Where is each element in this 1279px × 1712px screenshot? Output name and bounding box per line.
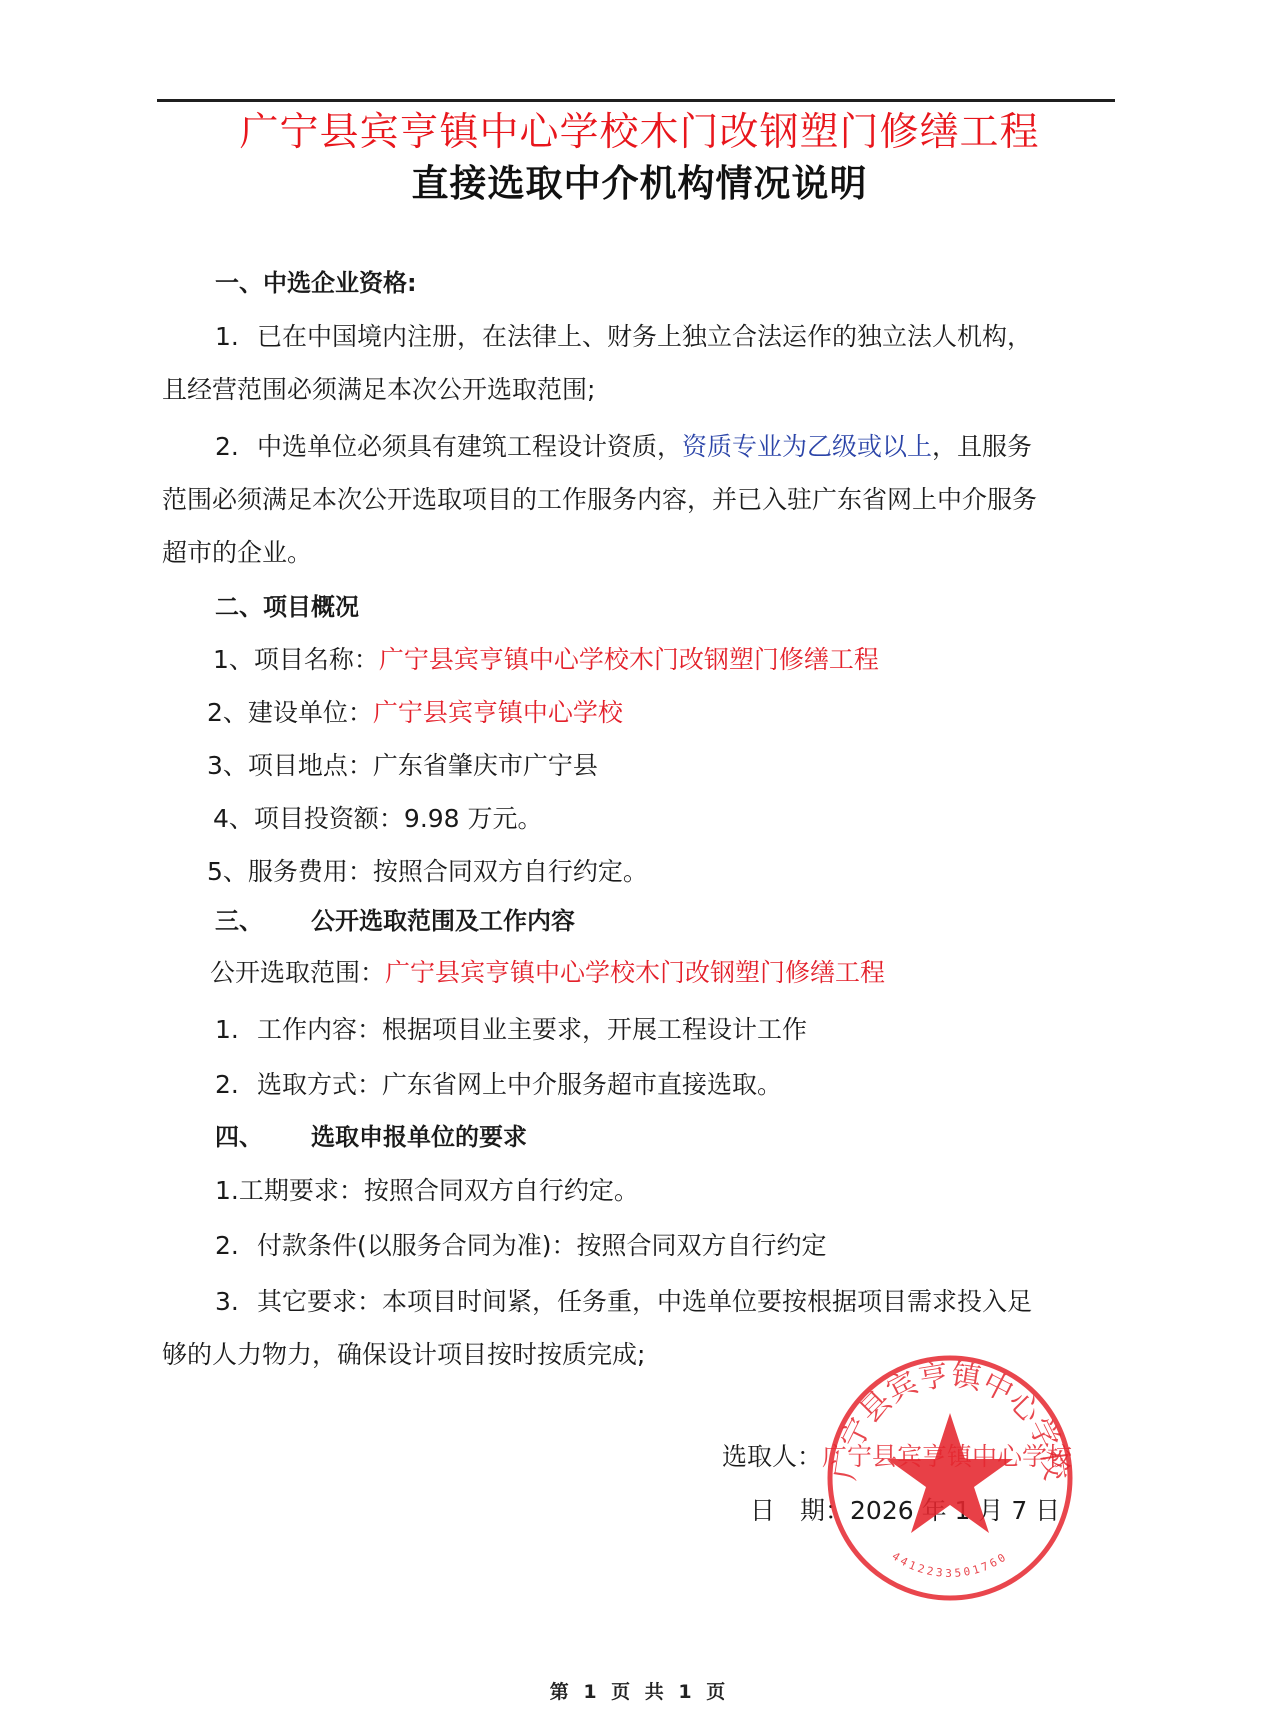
field-value: 广宁县宾亨镇中心学校 — [373, 698, 623, 727]
other-requirements-cont: 够的人力物力，确保设计项目按时按质完成; — [162, 1338, 645, 1372]
schedule-requirement-row: 1.工期要求：按照合同双方自行约定。 — [215, 1174, 639, 1208]
heading-text: 选取申报单位的要求 — [311, 1123, 527, 1151]
seal-code-text: 4412233501760 — [890, 1550, 1011, 1580]
field-label: 4、项目投资额： — [213, 804, 404, 833]
investment-row: 4、项目投资额：9.98 万元。 — [213, 802, 543, 836]
section1-heading: 一、中选企业资格: — [215, 266, 417, 300]
item-text: 其它要求：本项目时间紧，任务重，中选单位要按根据项目需求投入足 — [257, 1287, 1032, 1316]
selector-label: 选取人： — [722, 1442, 822, 1471]
item-text: 工作内容：根据项目业主要求，开展工程设计工作 — [257, 1015, 807, 1044]
item-number: 2. — [215, 430, 257, 464]
field-label: 3、项目地点： — [207, 751, 373, 780]
field-value: 广东省肇庆市广宁县 — [373, 751, 598, 780]
selection-scope-row: 公开选取范围：广宁县宾亨镇中心学校木门改钢塑门修缮工程 — [210, 956, 885, 990]
heading-text: 公开选取范围及工作内容 — [311, 907, 575, 935]
section1-item2-cont: 范围必须满足本次公开选取项目的工作服务内容，并已入驻广东省网上中介服务 — [162, 483, 1037, 517]
field-value: 广宁县宾亨镇中心学校木门改钢塑门修缮工程 — [385, 958, 885, 987]
builder-row: 2、建设单位：广宁县宾亨镇中心学校 — [207, 696, 623, 730]
field-value: 广宁县宾亨镇中心学校木门改钢塑门修缮工程 — [379, 645, 879, 674]
section1-item2-cont2: 超市的企业。 — [162, 536, 312, 570]
section4-heading: 四、选取申报单位的要求 — [215, 1120, 527, 1154]
item-text: 选取方式：广东省网上中介服务超市直接选取。 — [257, 1070, 782, 1099]
header-rule — [157, 99, 1115, 102]
work-content-row: 1.工作内容：根据项目业主要求，开展工程设计工作 — [215, 1013, 807, 1047]
section1-item1-cont: 且经营范围必须满足本次公开选取范围; — [162, 373, 595, 407]
item-text: ，且服务 — [932, 432, 1032, 461]
field-label: 2、建设单位： — [207, 698, 373, 727]
field-value: 按照合同双方自行约定。 — [373, 857, 648, 886]
location-row: 3、项目地点：广东省肇庆市广宁县 — [207, 749, 598, 783]
other-requirements-row: 3.其它要求：本项目时间紧，任务重，中选单位要按根据项目需求投入足 — [215, 1285, 1032, 1319]
field-label: 5、服务费用： — [207, 857, 373, 886]
service-fee-row: 5、服务费用：按照合同双方自行约定。 — [207, 855, 648, 889]
project-name-row: 1、项目名称：广宁县宾亨镇中心学校木门改钢塑门修缮工程 — [213, 643, 879, 677]
heading-number: 三、 — [215, 907, 263, 935]
official-seal-stamp: 广宁县宾亨镇中心学校 4412233501760 — [825, 1353, 1075, 1603]
item-number: 3. — [215, 1285, 257, 1319]
star-icon — [887, 1413, 1013, 1533]
item-text: 已在中国境内注册，在法律上、财务上独立合法运作的独立法人机构， — [257, 322, 1032, 351]
item-number: 1. — [215, 320, 257, 354]
payment-terms-row: 2.付款条件(以服务合同为准)：按照合同双方自行约定 — [215, 1229, 827, 1263]
field-value: 9.98 万元。 — [404, 804, 543, 833]
section1-item2: 2.中选单位必须具有建筑工程设计资质，资质专业为乙级或以上，且服务 — [215, 430, 1032, 464]
document-title-subject: 直接选取中介机构情况说明 — [0, 160, 1279, 208]
page-footer: 第 1 页 共 1 页 — [0, 1677, 1279, 1704]
item-number: 2. — [215, 1068, 257, 1102]
item-number: 1. — [215, 1013, 257, 1047]
item-number: 2. — [215, 1229, 257, 1263]
item-text: 中选单位必须具有建筑工程设计资质， — [257, 432, 682, 461]
field-label: 公开选取范围： — [210, 958, 385, 987]
section2-heading: 二、项目概况 — [215, 590, 359, 624]
selection-method-row: 2.选取方式：广东省网上中介服务超市直接选取。 — [215, 1068, 782, 1102]
qualification-highlight: 资质专业为乙级或以上 — [682, 432, 932, 461]
document-title-project: 广宁县宾亨镇中心学校木门改钢塑门修缮工程 — [0, 108, 1279, 158]
section1-item1: 1.已在中国境内注册，在法律上、财务上独立合法运作的独立法人机构， — [215, 320, 1032, 354]
item-text: 付款条件(以服务合同为准)：按照合同双方自行约定 — [257, 1231, 827, 1260]
field-label: 1、项目名称： — [213, 645, 379, 674]
section3-heading: 三、公开选取范围及工作内容 — [215, 904, 575, 938]
heading-number: 四、 — [215, 1123, 263, 1151]
